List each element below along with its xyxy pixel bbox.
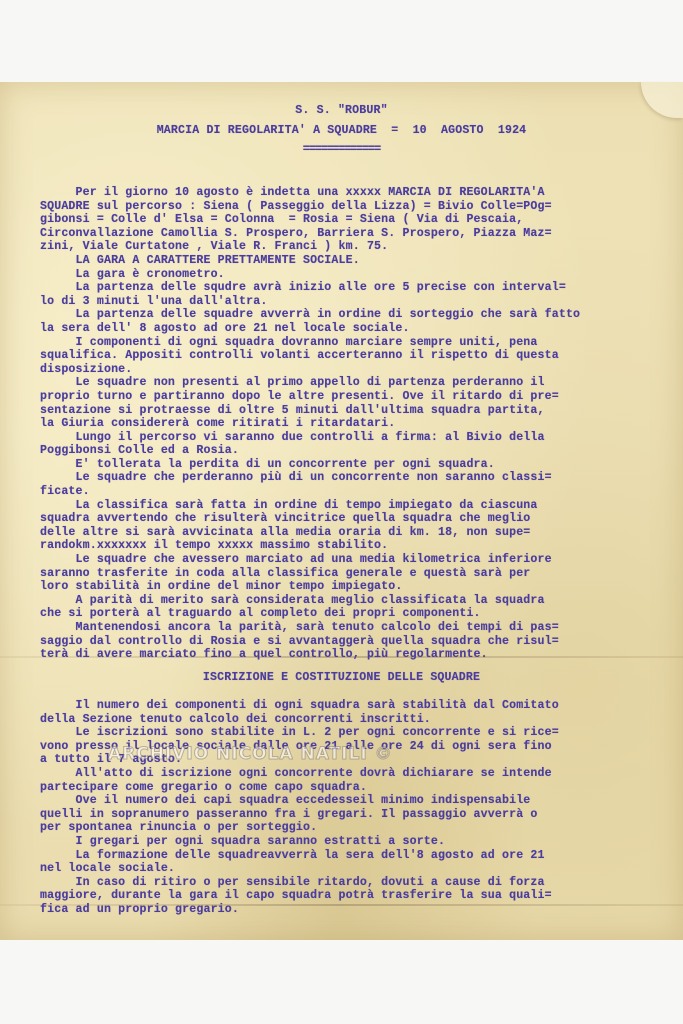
text-line: lo di 3 minuti l'una dall'altra. xyxy=(40,295,580,309)
text-line: Per il giorno 10 agosto è indetta una xx… xyxy=(40,186,580,200)
text-line: la sera dell' 8 agosto ad ore 21 nel loc… xyxy=(40,322,580,336)
text-line: Le iscrizioni sono stabilite in L. 2 per… xyxy=(40,726,559,740)
text-line: della Sezione tenuto calcolo dei concorr… xyxy=(40,713,559,727)
text-line: I componenti di ogni squadra dovranno ma… xyxy=(40,336,580,350)
registration-rules-text: Il numero dei componenti di ogni squadra… xyxy=(40,699,559,917)
text-line: la Giuria considererà come ritirati i ri… xyxy=(40,417,580,431)
text-line: quelli in sopranumero passeranno fra i g… xyxy=(40,808,559,822)
text-line: Il numero dei componenti di ogni squadra… xyxy=(40,699,559,713)
text-line: nel locale sociale. xyxy=(40,862,559,876)
text-line: Poggibonsi Colle ed a Rosia. xyxy=(40,444,580,458)
text-line: Le squadre non presenti al primo appello… xyxy=(40,376,580,390)
text-line: proprio turno e partiranno dopo le altre… xyxy=(40,390,580,404)
text-line: zini, Viale Curtatone , Viale R. Franci … xyxy=(40,240,580,254)
text-line: per spontanea rinuncia o per sorteggio. xyxy=(40,821,559,835)
text-line: che si porterà al traguardo al completo … xyxy=(40,607,580,621)
text-line: loro stabilità in ordine del minor tempo… xyxy=(40,580,580,594)
text-line: Circonvallazione Camollia S. Prospero, B… xyxy=(40,227,580,241)
text-line: ficate. xyxy=(40,485,580,499)
text-line: Le squadre che perderanno più di un conc… xyxy=(40,471,580,485)
club-name-heading: S. S. "ROBUR" xyxy=(0,104,683,118)
text-line: disposizione. xyxy=(40,363,580,377)
text-line: gibonsi = Colle d' Elsa = Colonna = Rosi… xyxy=(40,213,580,227)
text-line: La classifica sarà fatta in ordine di te… xyxy=(40,499,580,513)
archive-watermark: ARCHIVIO NICOLA NATILI © xyxy=(108,744,393,764)
text-line: SQUADRE sul percorso : Siena ( Passeggio… xyxy=(40,200,580,214)
text-line: maggiore, durante la gara il capo squadr… xyxy=(40,889,559,903)
text-line: fica ad un proprio gregario. xyxy=(40,903,559,917)
event-title-heading: MARCIA DI REGOLARITA' A SQUADRE = 10 AGO… xyxy=(0,124,683,138)
text-line: squalifica. Appositi controlli volanti a… xyxy=(40,349,580,363)
text-line: sentazione si protraesse di oltre 5 minu… xyxy=(40,404,580,418)
text-line: partecipare come gregario o come capo sq… xyxy=(40,781,559,795)
text-line: I gregari per ogni squadra saranno estra… xyxy=(40,835,559,849)
text-line: La partenza delle squadre avverrà in ord… xyxy=(40,308,580,322)
text-line: terà di avere marciato fino a quel contr… xyxy=(40,648,580,662)
heading-underline-rule: ============= xyxy=(0,143,683,157)
text-line: La gara è cronometro. xyxy=(40,268,580,282)
text-line: La partenza delle squdre avrà inizio all… xyxy=(40,281,580,295)
text-line: A parità di merito sarà considerata megl… xyxy=(40,594,580,608)
text-line: randokm.xxxxxxx il tempo xxxxx massimo s… xyxy=(40,539,580,553)
text-line: Le squadre che avessero marciato ad una … xyxy=(40,553,580,567)
text-line: Lungo il percorso vi saranno due control… xyxy=(40,431,580,445)
text-line: La formazione delle squadreavverrà la se… xyxy=(40,849,559,863)
text-line: squadra avvertendo che risulterà vincitr… xyxy=(40,512,580,526)
text-line: saggio dal controllo di Rosia e si avvan… xyxy=(40,635,580,649)
text-line: Mantenendosi ancora la parità, sarà tenu… xyxy=(40,621,580,635)
text-line: delle altre si sarà avvicinata alla medi… xyxy=(40,526,580,540)
text-line: LA GARA A CARATTERE PRETTAMENTE SOCIALE. xyxy=(40,254,580,268)
text-line: saranno trasferite in coda alla classifi… xyxy=(40,567,580,581)
race-rules-text: Per il giorno 10 agosto è indetta una xx… xyxy=(40,186,580,662)
registration-section-title: ISCRIZIONE E COSTITUZIONE DELLE SQUADRE xyxy=(0,671,683,685)
text-line: E' tollerata la perdita di un concorrent… xyxy=(40,458,580,472)
text-line: Ove il numero dei capi squadra eccedesse… xyxy=(40,794,559,808)
text-line: All'atto di iscrizione ogni concorrente … xyxy=(40,767,559,781)
text-line: In caso di ritiro o per sensibile ritard… xyxy=(40,876,559,890)
